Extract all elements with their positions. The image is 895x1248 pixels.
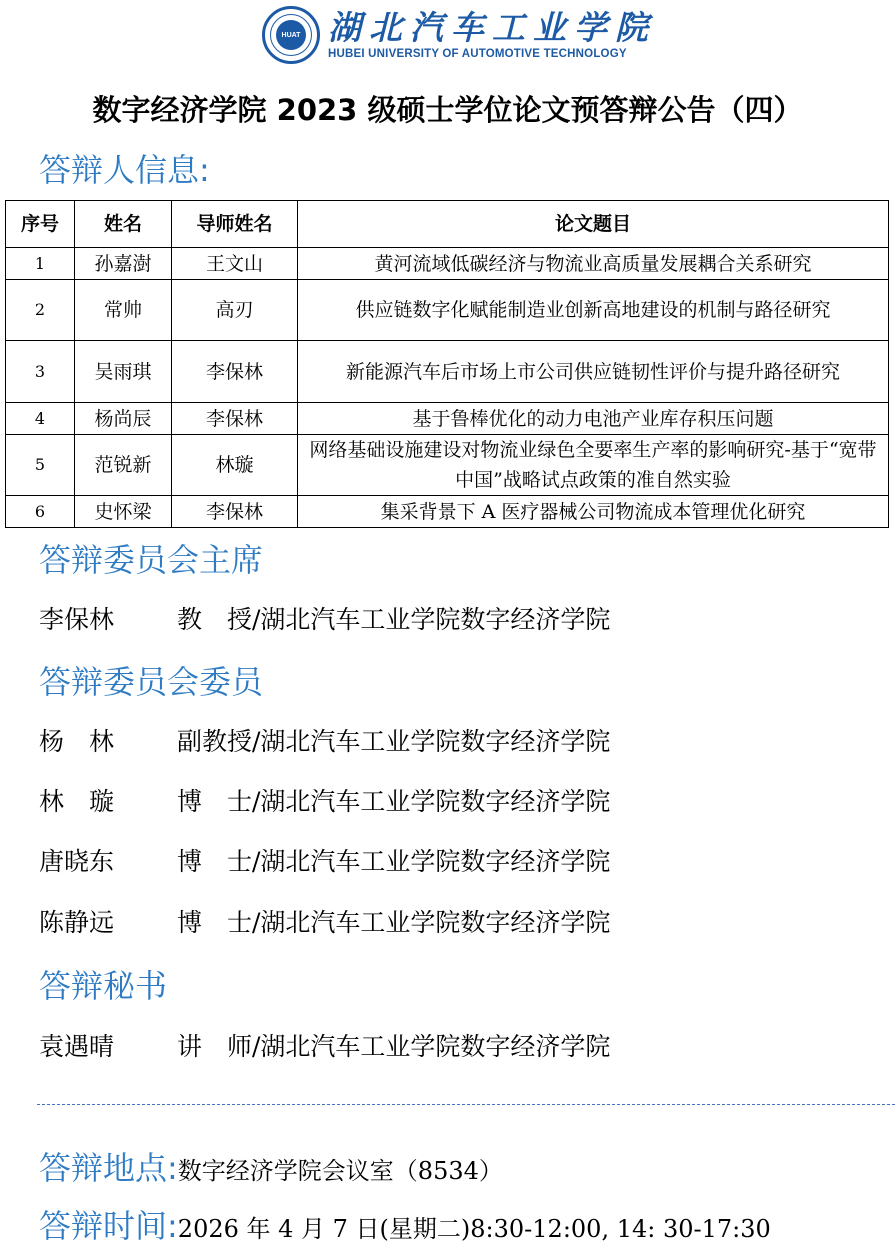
- person-name: 李保林: [39, 603, 177, 637]
- section-chair-heading: 答辩委员会主席: [39, 540, 263, 580]
- location-label: 答辩地点:: [39, 1146, 178, 1190]
- table-row: 2 常帅 高刃 供应链数字化赋能制造业创新高地建设的机制与路径研究: [6, 280, 889, 341]
- member-entry: 唐晓东 博 士/湖北汽车工业学院数字经济学院: [39, 845, 610, 879]
- university-name-cn: 湖北汽车工业学院: [328, 9, 656, 47]
- member-entry: 陈静远 博 士/湖北汽车工业学院数字经济学院: [39, 906, 610, 940]
- cell-thesis-title: 基于鲁棒优化的动力电池产业库存积压问题: [298, 403, 889, 435]
- university-emblem-icon: HUAT: [262, 6, 320, 64]
- person-detail: 博 士/湖北汽车工业学院数字经济学院: [177, 845, 610, 879]
- secretary-entry: 袁遇晴 讲 师/湖北汽车工业学院数字经济学院: [39, 1030, 610, 1064]
- time-label: 答辩时间:: [39, 1204, 178, 1248]
- cell-no: 5: [6, 435, 75, 496]
- location-line: 答辩地点: 数字经济学院会议室（8534）: [39, 1146, 503, 1190]
- person-name: 杨 林: [39, 725, 177, 759]
- cell-name: 杨尚辰: [75, 403, 172, 435]
- cell-name: 吴雨琪: [75, 341, 172, 403]
- cell-advisor: 李保林: [172, 341, 298, 403]
- page-title: 数字经济学院 2023 级硕士学位论文预答辩公告（四）: [0, 88, 895, 132]
- person-detail: 博 士/湖北汽车工业学院数字经济学院: [177, 785, 610, 819]
- university-logo: HUAT 湖北汽车工业学院 HUBEI UNIVERSITY OF AUTOMO…: [262, 4, 656, 66]
- person-detail: 讲 师/湖北汽车工业学院数字经济学院: [177, 1030, 610, 1064]
- table-row: 4 杨尚辰 李保林 基于鲁棒优化的动力电池产业库存积压问题: [6, 403, 889, 435]
- cell-thesis-title: 新能源汽车后市场上市公司供应链韧性评价与提升路径研究: [298, 341, 889, 403]
- table-row: 1 孙嘉澍 王文山 黄河流域低碳经济与物流业高质量发展耦合关系研究: [6, 248, 889, 280]
- cell-thesis-title: 集采背景下 A 医疗器械公司物流成本管理优化研究: [298, 496, 889, 528]
- cell-advisor: 王文山: [172, 248, 298, 280]
- person-name: 林 璇: [39, 785, 177, 819]
- cell-advisor: 高刃: [172, 280, 298, 341]
- header-name: 姓名: [75, 201, 172, 248]
- cell-advisor: 林璇: [172, 435, 298, 496]
- section-members-heading: 答辩委员会委员: [39, 662, 263, 702]
- person-name: 袁遇晴: [39, 1030, 177, 1064]
- cell-thesis-title: 黄河流域低碳经济与物流业高质量发展耦合关系研究: [298, 248, 889, 280]
- section-secretary-heading: 答辩秘书: [39, 966, 167, 1006]
- location-value: 数字经济学院会议室（8534）: [178, 1151, 503, 1186]
- table-row: 3 吴雨琪 李保林 新能源汽车后市场上市公司供应链韧性评价与提升路径研究: [6, 341, 889, 403]
- person-detail: 副教授/湖北汽车工业学院数字经济学院: [177, 725, 610, 759]
- person-name: 唐晓东: [39, 845, 177, 879]
- cell-name: 范锐新: [75, 435, 172, 496]
- cell-no: 6: [6, 496, 75, 528]
- time-value: 2026 年 4 月 7 日(星期二)8:30-12:00, 14: 30-17…: [178, 1209, 771, 1244]
- person-name: 陈静远: [39, 906, 177, 940]
- dashed-divider: [37, 1104, 895, 1105]
- table-row: 5 范锐新 林璇 网络基础设施建设对物流业绿色全要率生产率的影响研究-基于“宽带…: [6, 435, 889, 496]
- cell-no: 4: [6, 403, 75, 435]
- cell-name: 史怀梁: [75, 496, 172, 528]
- defenders-table: 序号 姓名 导师姓名 论文题目 1 孙嘉澍 王文山 黄河流域低碳经济与物流业高质…: [5, 200, 889, 528]
- emblem-core: HUAT: [276, 20, 306, 50]
- cell-no: 1: [6, 248, 75, 280]
- section-defenders-heading: 答辩人信息:: [39, 150, 210, 190]
- time-line: 答辩时间: 2026 年 4 月 7 日(星期二)8:30-12:00, 14:…: [39, 1204, 771, 1248]
- table-header-row: 序号 姓名 导师姓名 论文题目: [6, 201, 889, 248]
- chair-entry: 李保林 教 授/湖北汽车工业学院数字经济学院: [39, 603, 610, 637]
- member-entry: 杨 林 副教授/湖北汽车工业学院数字经济学院: [39, 725, 610, 759]
- cell-name: 常帅: [75, 280, 172, 341]
- university-name-en: HUBEI UNIVERSITY OF AUTOMOTIVE TECHNOLOG…: [328, 47, 656, 61]
- header-no: 序号: [6, 201, 75, 248]
- header-advisor: 导师姓名: [172, 201, 298, 248]
- table-row: 6 史怀梁 李保林 集采背景下 A 医疗器械公司物流成本管理优化研究: [6, 496, 889, 528]
- logo-text: 湖北汽车工业学院 HUBEI UNIVERSITY OF AUTOMOTIVE …: [328, 9, 656, 61]
- cell-no: 2: [6, 280, 75, 341]
- person-detail: 教 授/湖北汽车工业学院数字经济学院: [177, 603, 610, 637]
- cell-thesis-title: 供应链数字化赋能制造业创新高地建设的机制与路径研究: [298, 280, 889, 341]
- cell-name: 孙嘉澍: [75, 248, 172, 280]
- header-thesis-title: 论文题目: [298, 201, 889, 248]
- person-detail: 博 士/湖北汽车工业学院数字经济学院: [177, 906, 610, 940]
- member-entry: 林 璇 博 士/湖北汽车工业学院数字经济学院: [39, 785, 610, 819]
- cell-advisor: 李保林: [172, 403, 298, 435]
- cell-advisor: 李保林: [172, 496, 298, 528]
- cell-no: 3: [6, 341, 75, 403]
- cell-thesis-title: 网络基础设施建设对物流业绿色全要率生产率的影响研究-基于“宽带中国”战略试点政策…: [298, 435, 889, 496]
